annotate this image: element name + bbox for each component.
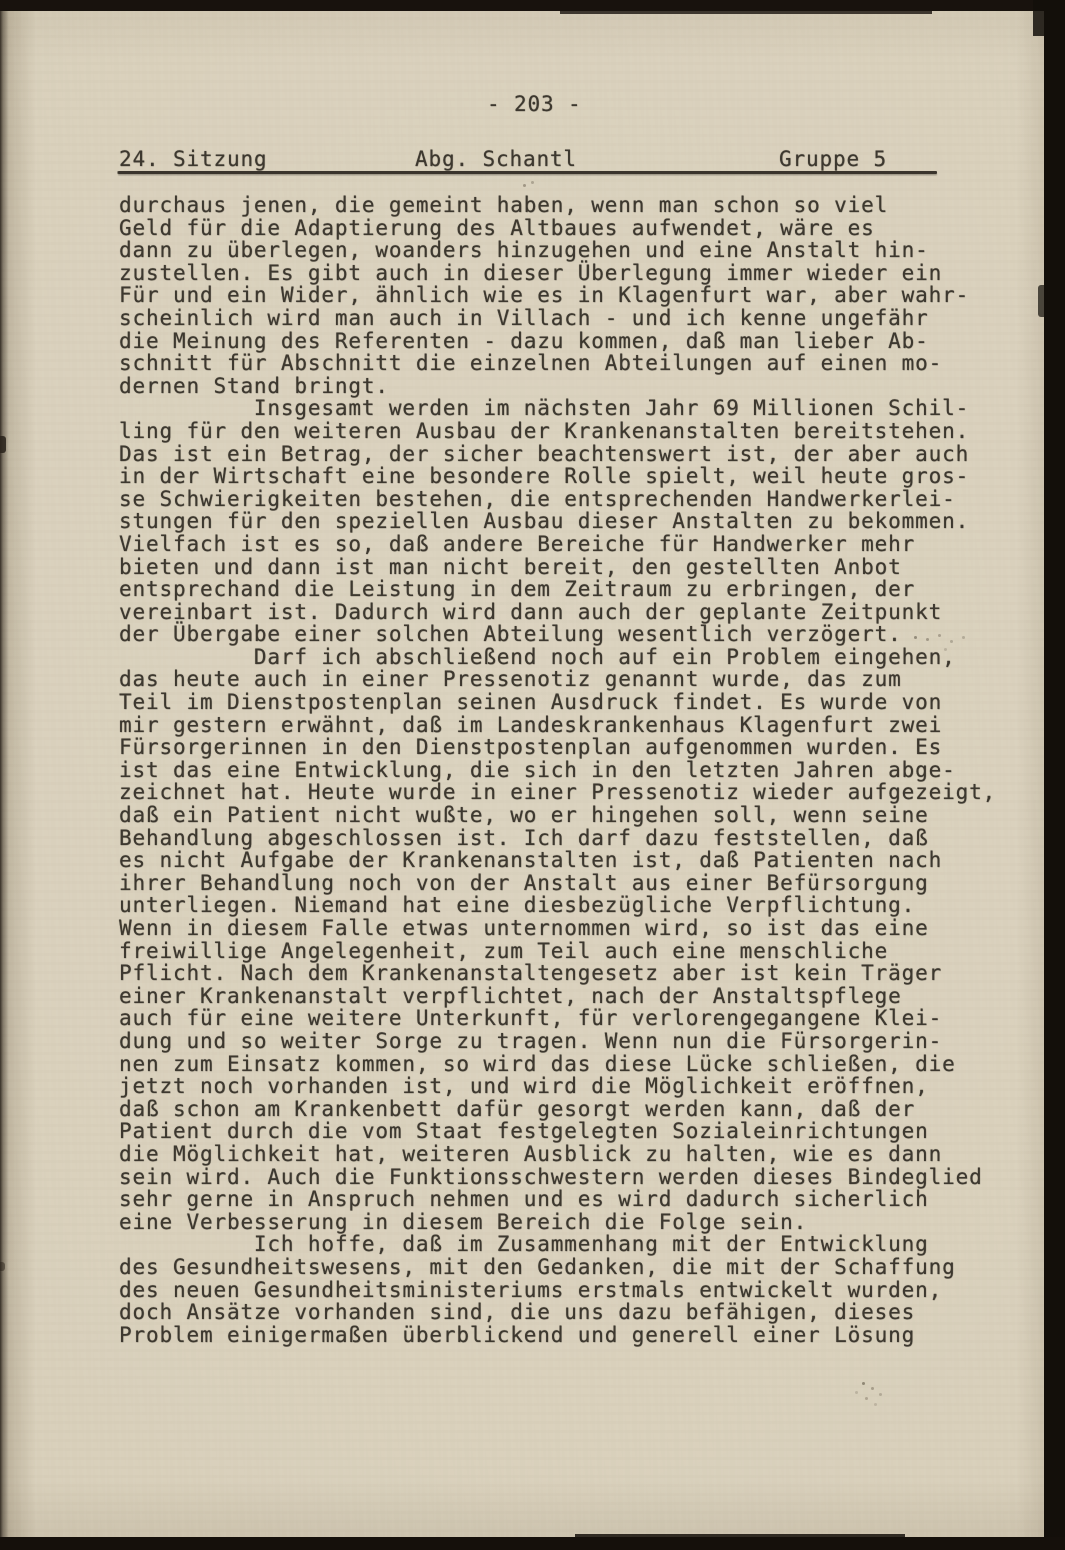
- header-group-label: Gruppe 5: [779, 148, 887, 171]
- header-underline-rule: [118, 171, 937, 174]
- scan-border-bottom: [0, 1537, 1065, 1550]
- scan-border-right: [1044, 0, 1065, 1550]
- scan-border-top: [0, 0, 1065, 11]
- scan-artifact-header-dots: [523, 184, 526, 187]
- scan-artifact-dot-trail: [914, 636, 917, 639]
- header-speaker-label: Abg. Schantl: [415, 148, 577, 171]
- header-session-label: 24. Sitzung: [119, 148, 267, 171]
- scan-border-left: [0, 0, 9, 1550]
- page-number: - 203 -: [487, 93, 581, 116]
- speech-body-text: durchaus jenen, die gemeint haben, wenn …: [119, 194, 996, 1346]
- scan-artifact-speck-cluster: [862, 1382, 865, 1385]
- scanned-document-page: - 203 - 24. Sitzung Abg. Schantl Gruppe …: [0, 0, 1065, 1550]
